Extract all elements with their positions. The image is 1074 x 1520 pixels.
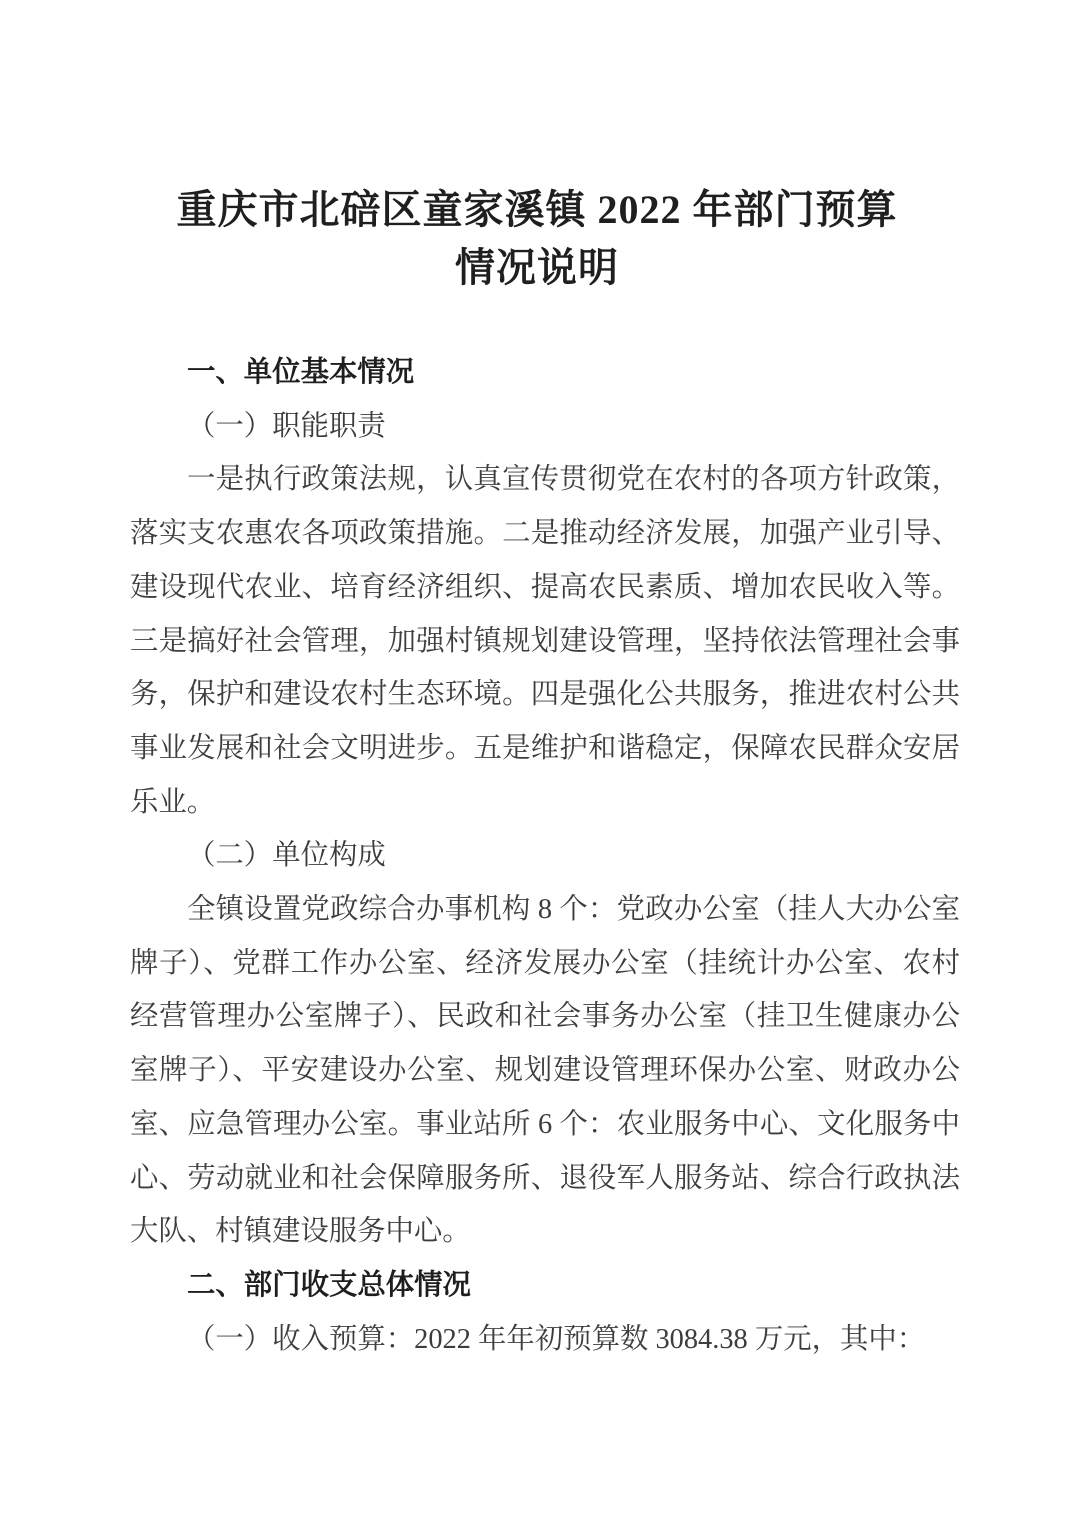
section-1-paragraph-composition: 全镇设置党政综合办事机构 8 个：党政办公室（挂人大办公室牌子）、党群工作办公室… — [130, 883, 960, 1259]
document-title: 重庆市北碚区童家溪镇 2022 年部门预算 情况说明 — [0, 181, 1074, 297]
document-title-line2: 情况说明 — [0, 239, 1074, 297]
section-1-subheading-duties: （一）职能职责 — [130, 400, 960, 454]
section-2-heading: 二、部门收支总体情况 — [130, 1259, 960, 1313]
document-body: 一、单位基本情况 （一）职能职责 一是执行政策法规，认真宣传贯彻党在农村的各项方… — [130, 346, 960, 1366]
section-1-heading: 一、单位基本情况 — [130, 346, 960, 400]
section-1-paragraph-duties: 一是执行政策法规，认真宣传贯彻党在农村的各项方针政策，落实支农惠农各项政策措施。… — [130, 453, 960, 829]
section-2-paragraph-revenue-budget: （一）收入预算：2022 年年初预算数 3084.38 万元，其中： — [130, 1313, 960, 1367]
section-1-subheading-composition: （二）单位构成 — [130, 829, 960, 883]
document-page: 重庆市北碚区童家溪镇 2022 年部门预算 情况说明 一、单位基本情况 （一）职… — [0, 0, 1074, 1520]
document-title-line1: 重庆市北碚区童家溪镇 2022 年部门预算 — [0, 181, 1074, 239]
